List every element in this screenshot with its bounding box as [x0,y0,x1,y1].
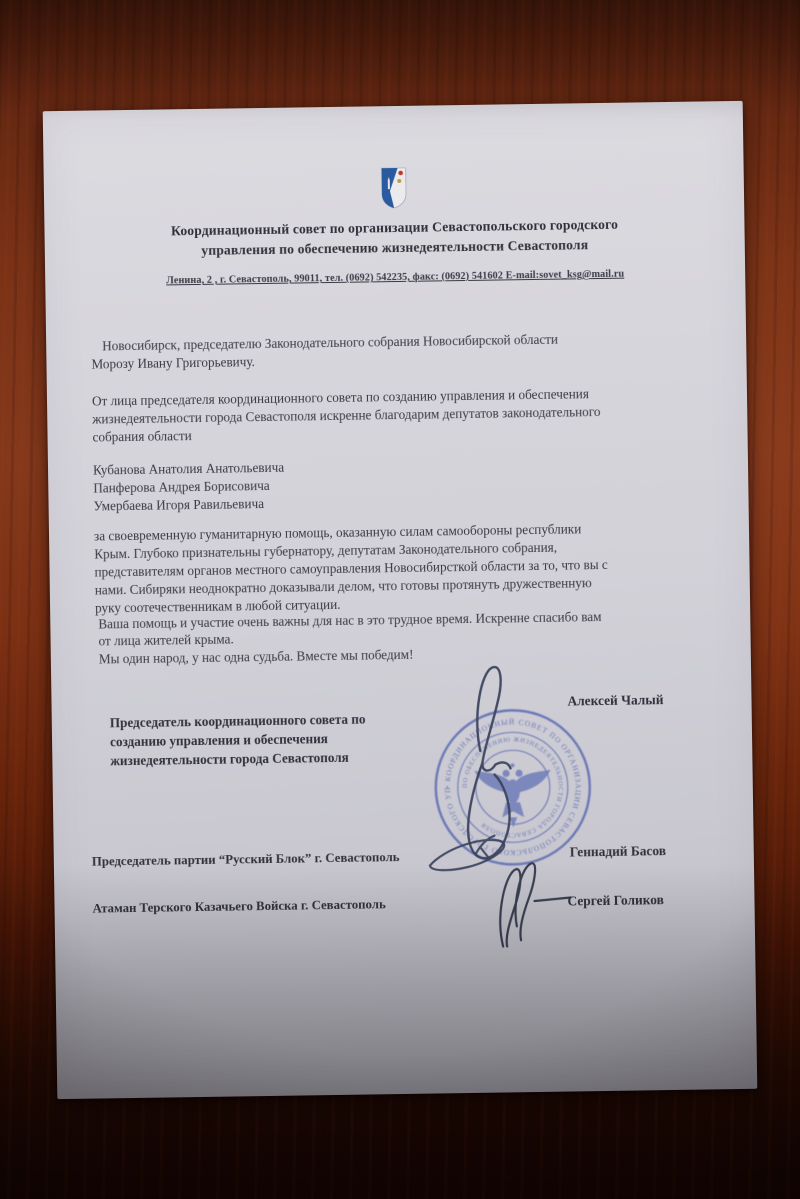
sevastopol-coat-of-arms-icon [381,167,408,209]
golikov-title: Атаман Терского Казачьего Войска г. Сева… [92,896,385,916]
deputy-name: Панферова Андрея Борисовича [93,478,270,497]
gratitude-line: Мы один народ, у нас одна судьба. Вместе… [99,647,414,668]
deputy-name: Кубанова Анатолия Анатольевича [93,460,284,479]
addressee-line: Новосибирск, председателю Законодательно… [102,332,558,355]
chaly-title-line: Председатель координационного совета по [110,712,366,732]
gratitude-line: от лица жителей крыма. [98,631,233,649]
chaly-name: Алексей Чалый [567,692,663,709]
basov-name: Геннадий Басов [570,843,666,860]
chaly-title-line: жизнедеятельности города Севастополя [110,750,349,770]
addressee-line: Морозу Ивану Григорьевичу. [91,354,255,372]
golikov-signature [482,853,575,952]
basov-title: Председатель партии “Русский Блок” г. Се… [92,849,400,870]
chaly-title-line: созданию управления и обеспечения [110,731,328,750]
deputy-name: Умербаева Игоря Равильевича [93,496,264,515]
golikov-name: Сергей Голиков [567,892,664,909]
contact-line: Ленина, 2 , г. Севастополь, 99011, тел. … [45,265,745,291]
photo-scene: Координационный совет по организации Сев… [0,0,800,1199]
intro-line: собрания области [92,428,191,445]
letter-paper: Координационный совет по организации Сев… [43,101,758,1099]
